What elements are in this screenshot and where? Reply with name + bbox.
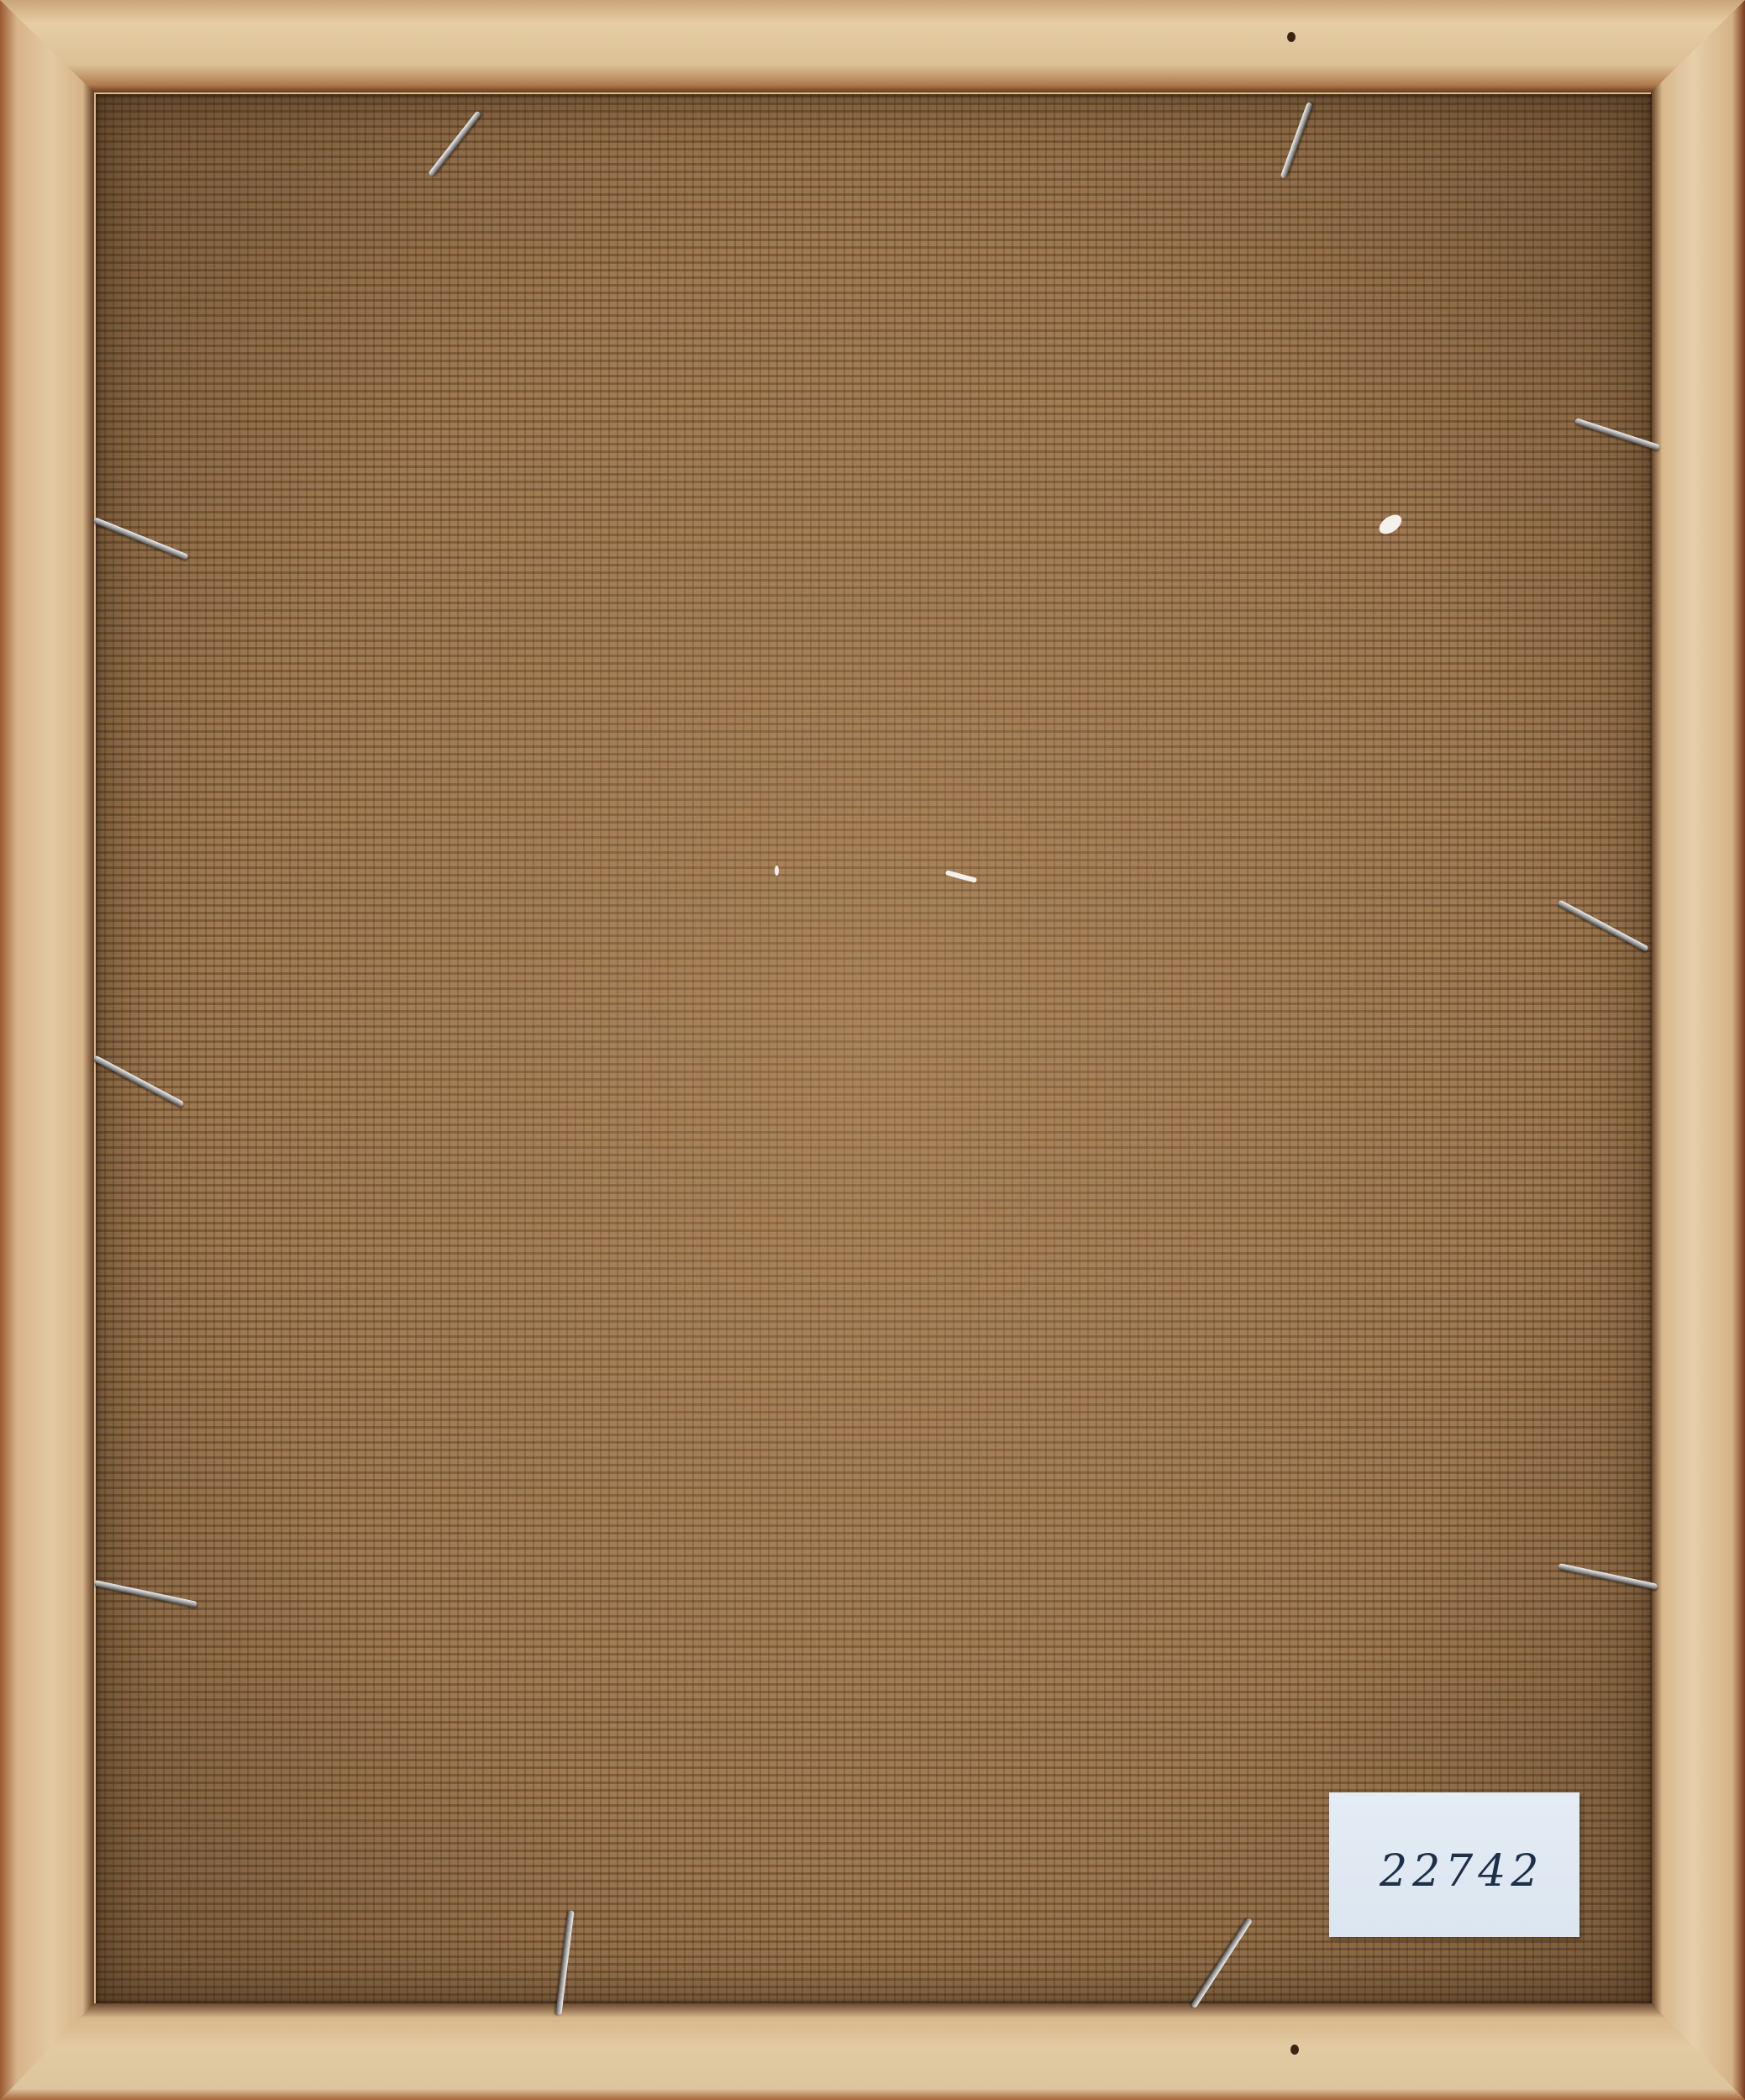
nail-hole xyxy=(1290,2045,1299,2055)
nail-hole xyxy=(1287,32,1296,42)
burlap-backing-board xyxy=(96,94,1652,2003)
frame-rail-right xyxy=(1651,0,1745,2100)
picture-frame-back: 22742 xyxy=(0,0,1745,2100)
frame-rail-top xyxy=(0,0,1745,92)
frame-rail-left xyxy=(0,0,94,2100)
lint-fleck xyxy=(775,866,779,876)
inventory-label: 22742 xyxy=(1329,1792,1579,1937)
inventory-number: 22742 xyxy=(1380,1846,1543,1897)
frame-rail-bottom xyxy=(0,2003,1745,2100)
